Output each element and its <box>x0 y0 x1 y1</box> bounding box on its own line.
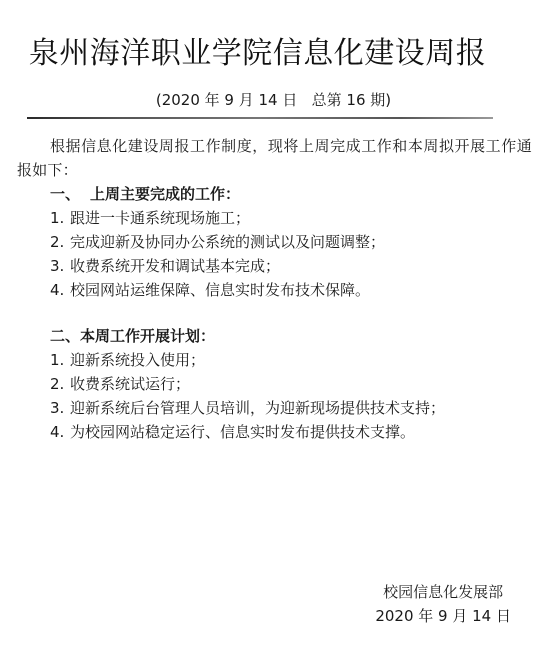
list-item: 4.为校园网站稳定运行、信息实时发布提供技术支撑。 <box>17 420 532 444</box>
item-number: 1. <box>50 206 70 230</box>
intro-paragraph: 根据信息化建设周报工作制度，现将上周完成工作和本周拟开展工作通报如下： <box>17 134 532 182</box>
item-number: 3. <box>50 254 70 278</box>
item-text: 为校园网站稳定运行、信息实时发布提供技术支撑。 <box>70 423 415 441</box>
list-item: 4.校园网站运维保障、信息实时发布技术保障。 <box>17 278 532 302</box>
section-heading-last-week: 一、上周主要完成的工作： <box>17 182 532 206</box>
header-divider <box>27 117 493 119</box>
list-item: 2.收费系统试运行； <box>17 372 532 396</box>
section-heading-text: 本周工作开展计划： <box>80 327 215 345</box>
item-number: 3. <box>50 396 70 420</box>
item-text: 跟进一卡通系统现场施工； <box>70 209 250 227</box>
section-marker: 一、 <box>50 185 80 203</box>
item-text: 迎新系统投入使用； <box>70 351 205 369</box>
section-marker: 二、 <box>50 327 80 345</box>
section-heading-text: 上周主要完成的工作： <box>90 185 240 203</box>
list-item: 3.迎新系统后台管理人员培训，为迎新现场提供技术支持； <box>17 396 532 420</box>
document-title: 泉州海洋职业学院信息化建设周报 <box>0 34 515 74</box>
issue-subtitle: (2020 年 9 月 14 日 总第 16 期) <box>0 89 547 111</box>
item-number: 4. <box>50 420 70 444</box>
item-number: 4. <box>50 278 70 302</box>
list-item: 2.完成迎新及协同办公系统的测试以及问题调整； <box>17 230 532 254</box>
list-item: 3.收费系统开发和调试基本完成； <box>17 254 532 278</box>
item-number: 2. <box>50 372 70 396</box>
item-text: 完成迎新及协同办公系统的测试以及问题调整； <box>70 233 385 251</box>
item-text: 校园网站运维保障、信息实时发布技术保障。 <box>70 281 370 299</box>
list-item: 1.迎新系统投入使用； <box>17 348 532 372</box>
item-text: 迎新系统后台管理人员培训，为迎新现场提供技术支持； <box>70 399 445 417</box>
spacer <box>17 302 532 324</box>
item-text: 收费系统开发和调试基本完成； <box>70 257 280 275</box>
signature-block: 校园信息化发展部 2020 年 9 月 14 日 <box>375 580 511 628</box>
signature-date: 2020 年 9 月 14 日 <box>375 604 511 628</box>
signature-department: 校园信息化发展部 <box>375 580 511 604</box>
section-heading-this-week: 二、本周工作开展计划： <box>17 324 532 348</box>
list-item: 1.跟进一卡通系统现场施工； <box>17 206 532 230</box>
item-text: 收费系统试运行； <box>70 375 190 393</box>
document-body: 根据信息化建设周报工作制度，现将上周完成工作和本周拟开展工作通报如下： 一、上周… <box>17 134 532 444</box>
item-number: 1. <box>50 348 70 372</box>
item-number: 2. <box>50 230 70 254</box>
